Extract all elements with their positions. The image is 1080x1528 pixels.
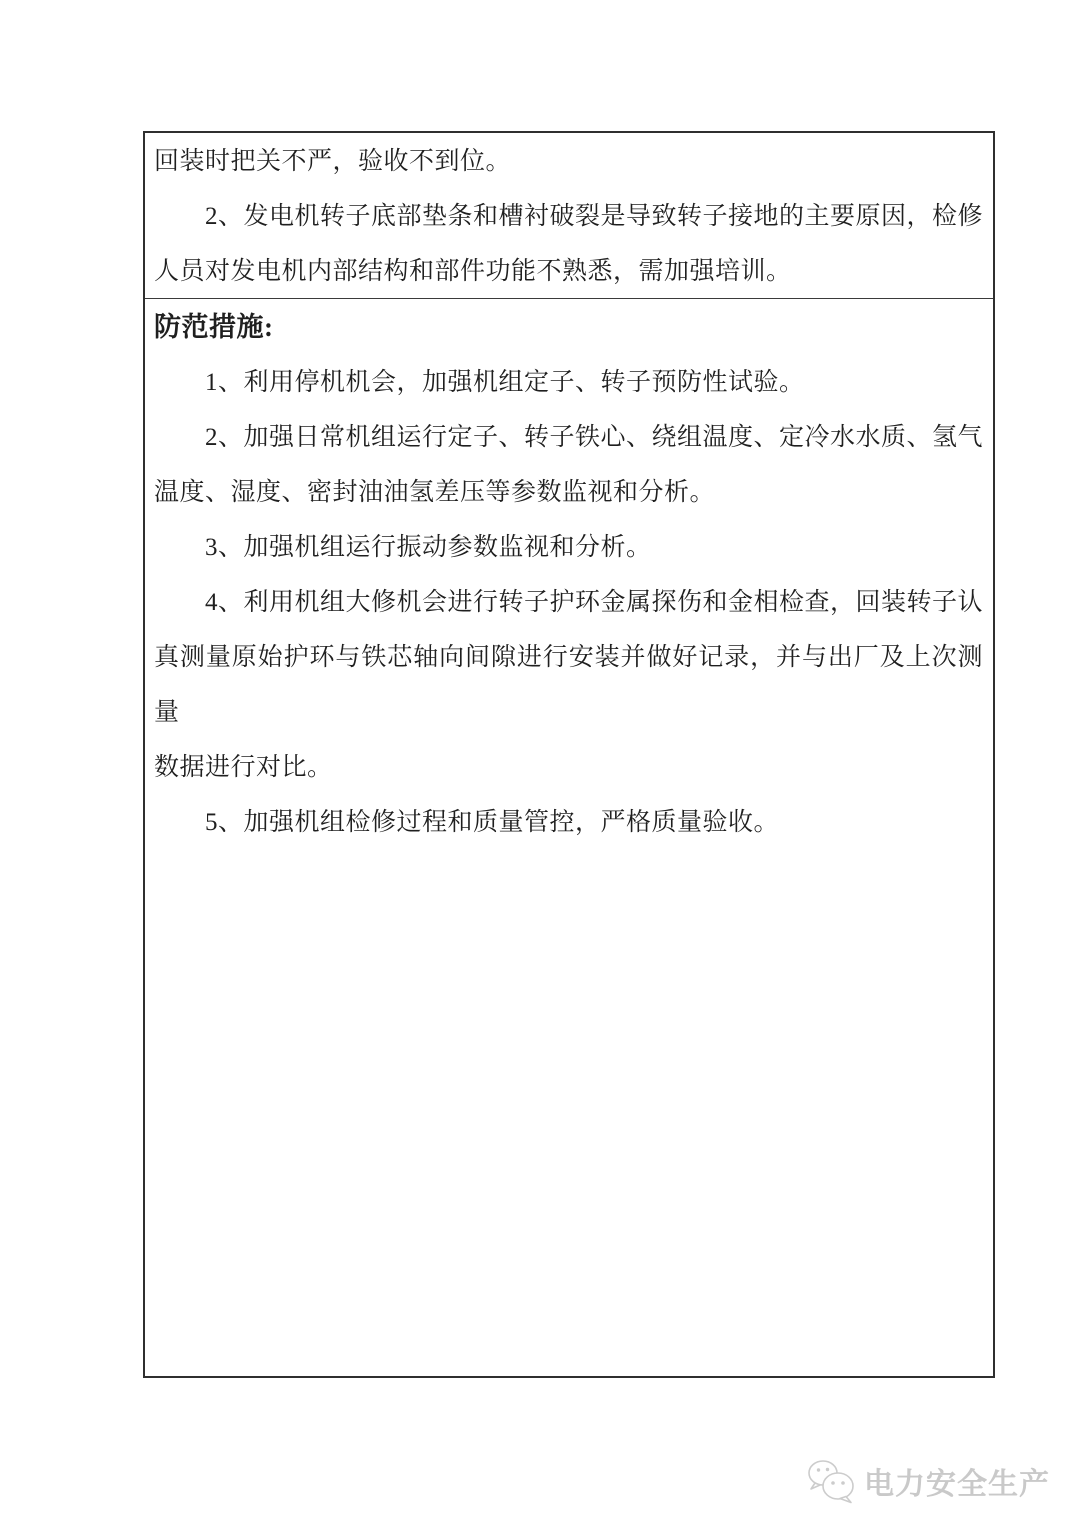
wechat-icon <box>806 1458 856 1504</box>
text-line: 4、利用机组大修机会进行转子护环金属探伤和金相检查，回装转子认 <box>154 575 983 630</box>
text-line: 数据进行对比。 <box>154 740 983 795</box>
text-line: 5、加强机组检修过程和质量管控，严格质量验收。 <box>154 795 983 850</box>
document-page: 回装时把关不严，验收不到位。 2、发电机转子底部垫条和槽衬破裂是导致转子接地的主… <box>0 0 1080 1528</box>
text-line: 1、利用停机机会，加强机组定子、转子预防性试验。 <box>154 355 983 410</box>
watermark-text: 电力安全生产 <box>864 1459 1050 1503</box>
text-line: 2、发电机转子底部垫条和槽衬破裂是导致转子接地的主要原因，检修 <box>154 189 983 244</box>
preventive-measures-cell: 防范措施: 1、利用停机机会，加强机组定子、转子预防性试验。 2、加强日常机组运… <box>145 299 993 1376</box>
text-line: 人员对发电机内部结构和部件功能不熟悉，需加强培训。 <box>154 244 983 299</box>
text-line: 回装时把关不严，验收不到位。 <box>154 134 983 189</box>
analysis-section-cell: 回装时把关不严，验收不到位。 2、发电机转子底部垫条和槽衬破裂是导致转子接地的主… <box>145 133 993 299</box>
section-heading: 防范措施: <box>154 300 983 355</box>
text-line: 2、加强日常机组运行定子、转子铁心、绕组温度、定冷水水质、氢气 <box>154 410 983 465</box>
text-line: 3、加强机组运行振动参数监视和分析。 <box>154 520 983 575</box>
text-line: 温度、湿度、密封油油氢差压等参数监视和分析。 <box>154 465 983 520</box>
report-table: 回装时把关不严，验收不到位。 2、发电机转子底部垫条和槽衬破裂是导致转子接地的主… <box>143 131 995 1378</box>
watermark: 电力安全生产 <box>806 1456 1050 1506</box>
text-line: 真测量原始护环与铁芯轴向间隙进行安装并做好记录，并与出厂及上次测量 <box>154 630 983 740</box>
